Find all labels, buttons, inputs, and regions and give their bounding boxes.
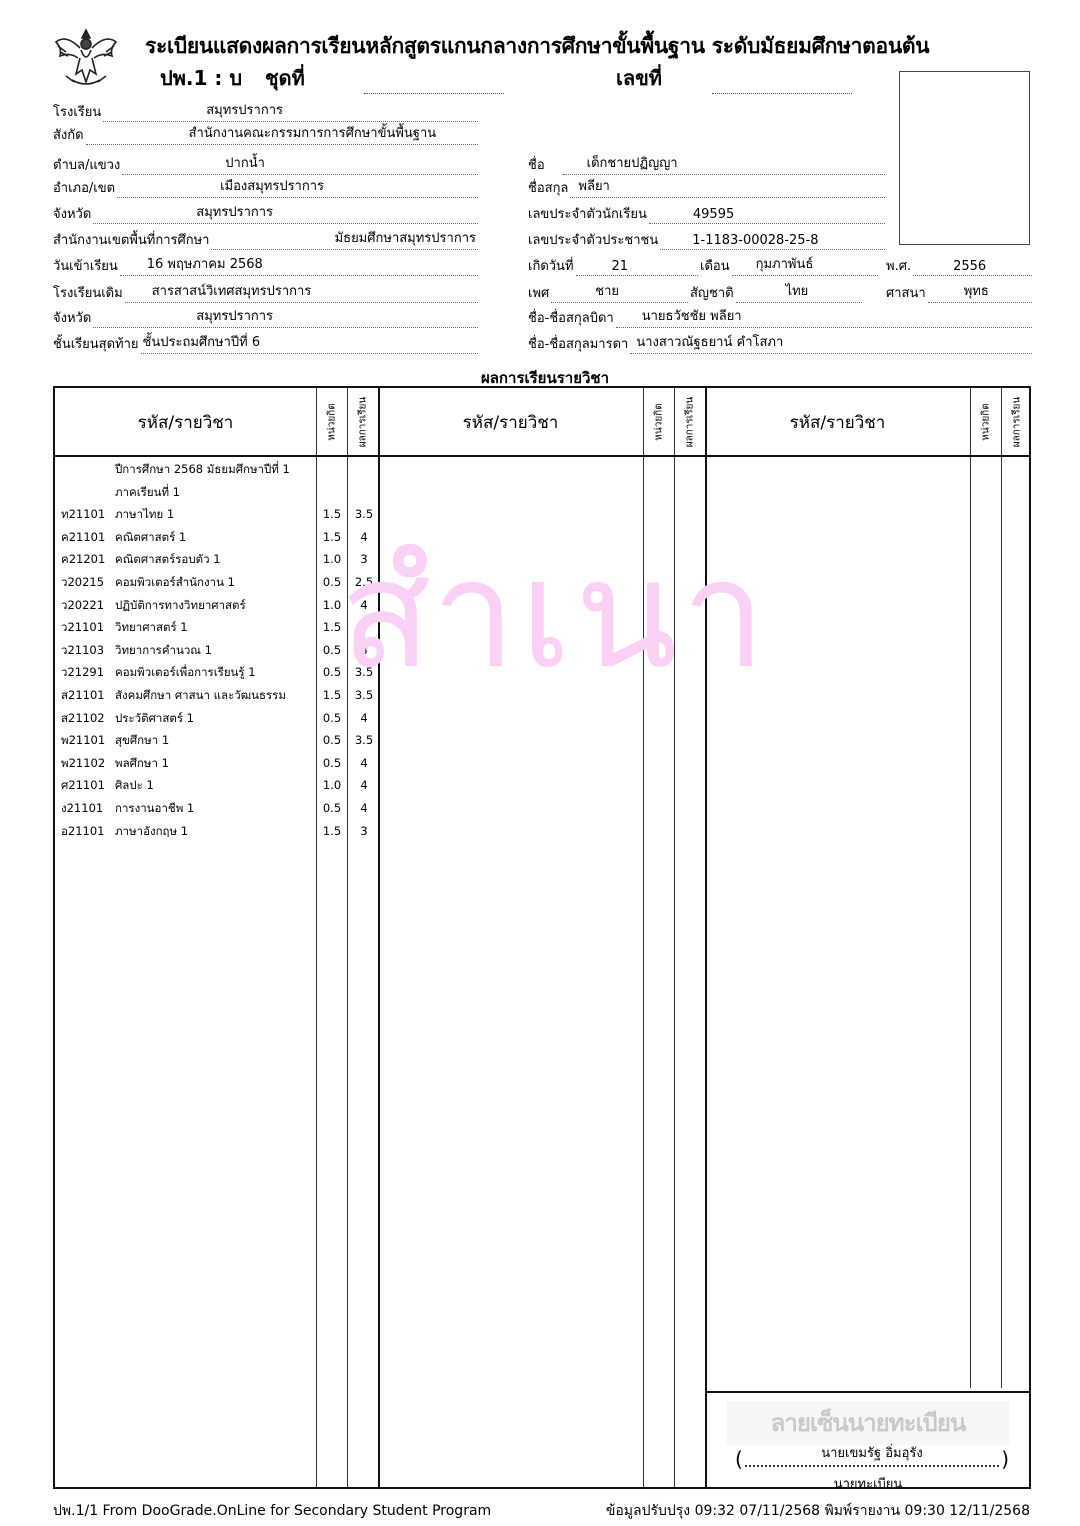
course-row: ง21101การงานอาชีพ 10.54	[55, 797, 365, 820]
column-header-subject-1: รหัส/รายวิชา	[55, 388, 316, 456]
enrollment-date-value: 16 พฤษภาคม 2568	[147, 253, 263, 274]
term-header-year: ปีการศึกษา 2568 มัธยมศึกษาปีที่ 1	[55, 458, 365, 481]
birth-month-value: กุมภาพันธ์	[756, 253, 814, 274]
column-header-subject-3: รหัส/รายวิชา	[705, 388, 970, 456]
set-label: ชุดที่	[265, 62, 305, 94]
province-value: สมุทรปราการ	[196, 201, 273, 222]
course-row: ค21201คณิตศาสตร์รอบตัว 11.03	[55, 548, 365, 571]
district-value: เมืองสมุทรปราการ	[220, 175, 324, 196]
first-name-value: เด็กชายปฏิญญา	[587, 152, 678, 173]
course-code: ท21101	[61, 503, 105, 526]
affiliation-row: สังกัด สำนักงานคณะกรรมการการศึกษาขั้นพื้…	[53, 125, 478, 145]
course-name: ภาษาอังกฤษ 1	[115, 820, 188, 843]
course-credit: 0.5	[317, 571, 347, 594]
course-grade: 4	[349, 774, 379, 797]
course-code: ค21101	[61, 526, 105, 549]
course-code: ว20221	[61, 594, 104, 617]
course-grade: 3.5	[349, 503, 379, 526]
subdistrict-value: ปากน้ำ	[225, 152, 265, 173]
last-grade-value: ชั้นประถมศึกษาปีที่ 6	[143, 331, 261, 352]
course-row: ส21102ประวัติศาสตร์ 10.54	[55, 707, 365, 730]
previous-province-value: สมุทรปราการ	[196, 305, 273, 326]
last-name-value: พลียา	[578, 175, 609, 196]
course-row: ว21291คอมพิวเตอร์เพื่อการเรียนรู้ 10.53.…	[55, 661, 365, 684]
course-grade: 4	[349, 594, 379, 617]
affiliation-value: สำนักงานคณะกรรมการการศึกษาขั้นพื้นฐาน	[189, 122, 437, 143]
mother-row: ชื่อ-ชื่อสกุลมารดา นางสาวณัฐธยาน์ คำโสภา	[528, 334, 1032, 354]
course-code: ว21101	[61, 616, 104, 639]
registrar-signature-box: ลายเซ็นนายทะเบียน ( นายเขมรัฐ อิ่มอุรัง …	[707, 1391, 1029, 1487]
father-value: นายธวัชชัย พลียา	[642, 305, 742, 326]
citizen-id-row: เลขประจำตัวประชาชน 1-1183-00028-25-8	[528, 230, 885, 250]
birth-day-value: 21	[612, 259, 629, 274]
number-label: เลขที่	[616, 62, 662, 94]
course-list: ปีการศึกษา 2568 มัธยมศึกษาปีที่ 1 ภาคเรี…	[55, 458, 365, 842]
course-name: คณิตศาสตร์รอบตัว 1	[115, 548, 221, 571]
course-grade: 3	[349, 616, 379, 639]
footer-program-info: ปพ.1/1 From DooGrade.OnLine for Secondar…	[53, 1500, 491, 1522]
citizen-id-value: 1-1183-00028-25-8	[692, 233, 818, 248]
birth-year-value: 2556	[953, 259, 986, 274]
previous-province-row: จังหวัด สมุทรปราการ	[53, 308, 478, 328]
course-grade: 3.5	[349, 661, 379, 684]
course-code: ว21103	[61, 639, 104, 662]
district-row: อำเภอ/เขต เมืองสมุทรปราการ	[53, 178, 478, 198]
column-header-grade-3: ผลการเรียน	[1001, 388, 1032, 456]
column-header-credit-1: หน่วยกิต	[316, 388, 347, 456]
column-header-credit-3: หน่วยกิต	[970, 388, 1001, 456]
course-row: ส21101สังคมศึกษา ศาสนา และวัฒนธรรม1.53.5	[55, 684, 365, 707]
course-credit: 0.5	[317, 797, 347, 820]
province-row: จังหวัด สมุทรปราการ	[53, 204, 478, 224]
course-grade: 3	[349, 548, 379, 571]
course-row: ศ21101ศิลปะ 11.04	[55, 774, 365, 797]
course-grade: 3	[349, 639, 379, 662]
document-title: ระเบียนแสดงผลการเรียนหลักสูตรแกนกลางการศ…	[145, 30, 929, 63]
course-credit: 1.5	[317, 616, 347, 639]
form-code: ปพ.1 : บ	[160, 62, 242, 94]
course-name: คอมพิวเตอร์สำนักงาน 1	[115, 571, 235, 594]
course-credit: 0.5	[317, 729, 347, 752]
course-credit: 1.5	[317, 820, 347, 843]
last-name-row: ชื่อสกุล พลียา	[528, 178, 885, 198]
term-header-semester: ภาคเรียนที่ 1	[55, 481, 365, 504]
religion-row: ศาสนา พุทธ	[886, 283, 1032, 303]
signature-image: ลายเซ็นนายทะเบียน	[727, 1401, 1009, 1445]
course-name: พลศึกษา 1	[115, 752, 169, 775]
subdistrict-row: ตำบล/แขวง ปากน้ำ	[53, 155, 478, 175]
nationality-value: ไทย	[786, 280, 809, 301]
course-name: วิทยาศาสตร์ 1	[115, 616, 188, 639]
education-area-value: มัธยมศึกษาสมุทรปราการ	[335, 227, 476, 248]
course-grade: 3	[349, 820, 379, 843]
student-photo-box	[899, 71, 1030, 245]
registrar-role: นายทะเบียน	[707, 1473, 1029, 1494]
course-grade: 2.5	[349, 571, 379, 594]
course-row: ค21101คณิตศาสตร์ 11.54	[55, 526, 365, 549]
column-header-grade-1: ผลการเรียน	[347, 388, 378, 456]
set-number-field	[364, 92, 504, 94]
first-name-row: ชื่อ เด็กชายปฏิญญา	[528, 155, 885, 175]
course-code: ว20215	[61, 571, 104, 594]
course-name: ศิลปะ 1	[115, 774, 154, 797]
gender-row: เพศ ชาย	[528, 283, 688, 303]
course-row: พ21102พลศึกษา 10.54	[55, 752, 365, 775]
course-name: ประวัติศาสตร์ 1	[115, 707, 194, 730]
course-row: ว20221ปฏิบัติการทางวิทยาศาสตร์1.04	[55, 594, 365, 617]
course-code: ง21101	[61, 797, 103, 820]
registrar-name: นายเขมรัฐ อิ่มอุรัง	[745, 1442, 999, 1463]
course-code: ศ21101	[61, 774, 105, 797]
course-code: ค21201	[61, 548, 105, 571]
course-name: สุขศึกษา 1	[115, 729, 169, 752]
course-name: การงานอาชีพ 1	[115, 797, 194, 820]
column-header-credit-2: หน่วยกิต	[643, 388, 674, 456]
birth-year-row: พ.ศ. 2556	[886, 256, 1032, 276]
course-code: พ21101	[61, 729, 105, 752]
mother-value: นางสาวณัฐธยาน์ คำโสภา	[636, 331, 783, 352]
garuda-emblem-icon	[52, 24, 120, 90]
course-name: ปฏิบัติการทางวิทยาศาสตร์	[115, 594, 246, 617]
previous-school-value: สารสาสน์วิเทศสมุทรปราการ	[152, 280, 312, 301]
course-name: คอมพิวเตอร์เพื่อการเรียนรู้ 1	[115, 661, 256, 684]
course-credit: 1.0	[317, 594, 347, 617]
column-header-subject-2: รหัส/รายวิชา	[378, 388, 643, 456]
course-credit: 1.0	[317, 548, 347, 571]
course-credit: 1.5	[317, 684, 347, 707]
course-grade: 3.5	[349, 729, 379, 752]
last-grade-row: ชั้นเรียนสุดท้าย ชั้นประถมศึกษาปีที่ 6	[53, 334, 478, 354]
course-row: ว20215คอมพิวเตอร์สำนักงาน 10.52.5	[55, 571, 365, 594]
course-credit: 0.5	[317, 639, 347, 662]
course-grade: 4	[349, 752, 379, 775]
nationality-row: สัญชาติ ไทย	[690, 283, 862, 303]
father-row: ชื่อ-ชื่อสกุลบิดา นายธวัชชัย พลียา	[528, 308, 1032, 328]
course-name: ภาษาไทย 1	[115, 503, 174, 526]
course-grade: 4	[349, 707, 379, 730]
education-area-row: สำนักงานเขตพื้นที่การศึกษา มัธยมศึกษาสมุ…	[53, 230, 478, 250]
student-id-value: 49595	[693, 207, 734, 222]
course-credit: 1.5	[317, 526, 347, 549]
course-row: อ21101ภาษาอังกฤษ 11.53	[55, 820, 365, 843]
course-code: ว21291	[61, 661, 104, 684]
course-grade: 3.5	[349, 684, 379, 707]
course-code: พ21102	[61, 752, 105, 775]
course-name: วิทยาการคำนวณ 1	[115, 639, 212, 662]
course-credit: 1.0	[317, 774, 347, 797]
course-row: ว21101วิทยาศาสตร์ 11.53	[55, 616, 365, 639]
course-name: คณิตศาสตร์ 1	[115, 526, 186, 549]
course-credit: 0.5	[317, 661, 347, 684]
religion-value: พุทธ	[964, 280, 989, 301]
document-number-field	[712, 92, 852, 94]
enrollment-date-row: วันเข้าเรียน 16 พฤษภาคม 2568	[53, 256, 478, 276]
course-credit: 1.5	[317, 503, 347, 526]
course-row: ท21101ภาษาไทย 11.53.5	[55, 503, 365, 526]
course-credit: 0.5	[317, 707, 347, 730]
column-header-grade-2: ผลการเรียน	[674, 388, 705, 456]
student-id-row: เลขประจำตัวนักเรียน 49595	[528, 204, 885, 224]
registrar-name-line: ( นายเขมรัฐ อิ่มอุรัง )	[735, 1445, 1009, 1471]
course-code: อ21101	[61, 820, 105, 843]
grade-table: รหัส/รายวิชา หน่วยกิต ผลการเรียน รหัส/รา…	[53, 386, 1031, 1489]
course-credit: 0.5	[317, 752, 347, 775]
course-code: ส21101	[61, 684, 105, 707]
course-code: ส21102	[61, 707, 105, 730]
school-row: โรงเรียน สมุทรปราการ	[53, 102, 478, 122]
course-name: สังคมศึกษา ศาสนา และวัฒนธรรม	[115, 684, 286, 707]
course-grade: 4	[349, 526, 379, 549]
school-value: สมุทรปราการ	[206, 99, 283, 120]
gender-value: ชาย	[595, 280, 619, 301]
footer-timestamps: ข้อมูลปรับปรุง 09:32 07/11/2568 พิมพ์ราย…	[606, 1500, 1030, 1522]
birth-day-row: เกิดวันที่ 21	[528, 256, 698, 276]
course-row: พ21101สุขศึกษา 10.53.5	[55, 729, 365, 752]
birth-month-row: เดือน กุมภาพันธ์	[700, 256, 878, 276]
course-grade: 4	[349, 797, 379, 820]
previous-school-row: โรงเรียนเดิม สารสาสน์วิเทศสมุทรปราการ	[53, 283, 478, 303]
course-row: ว21103วิทยาการคำนวณ 10.53	[55, 639, 365, 662]
